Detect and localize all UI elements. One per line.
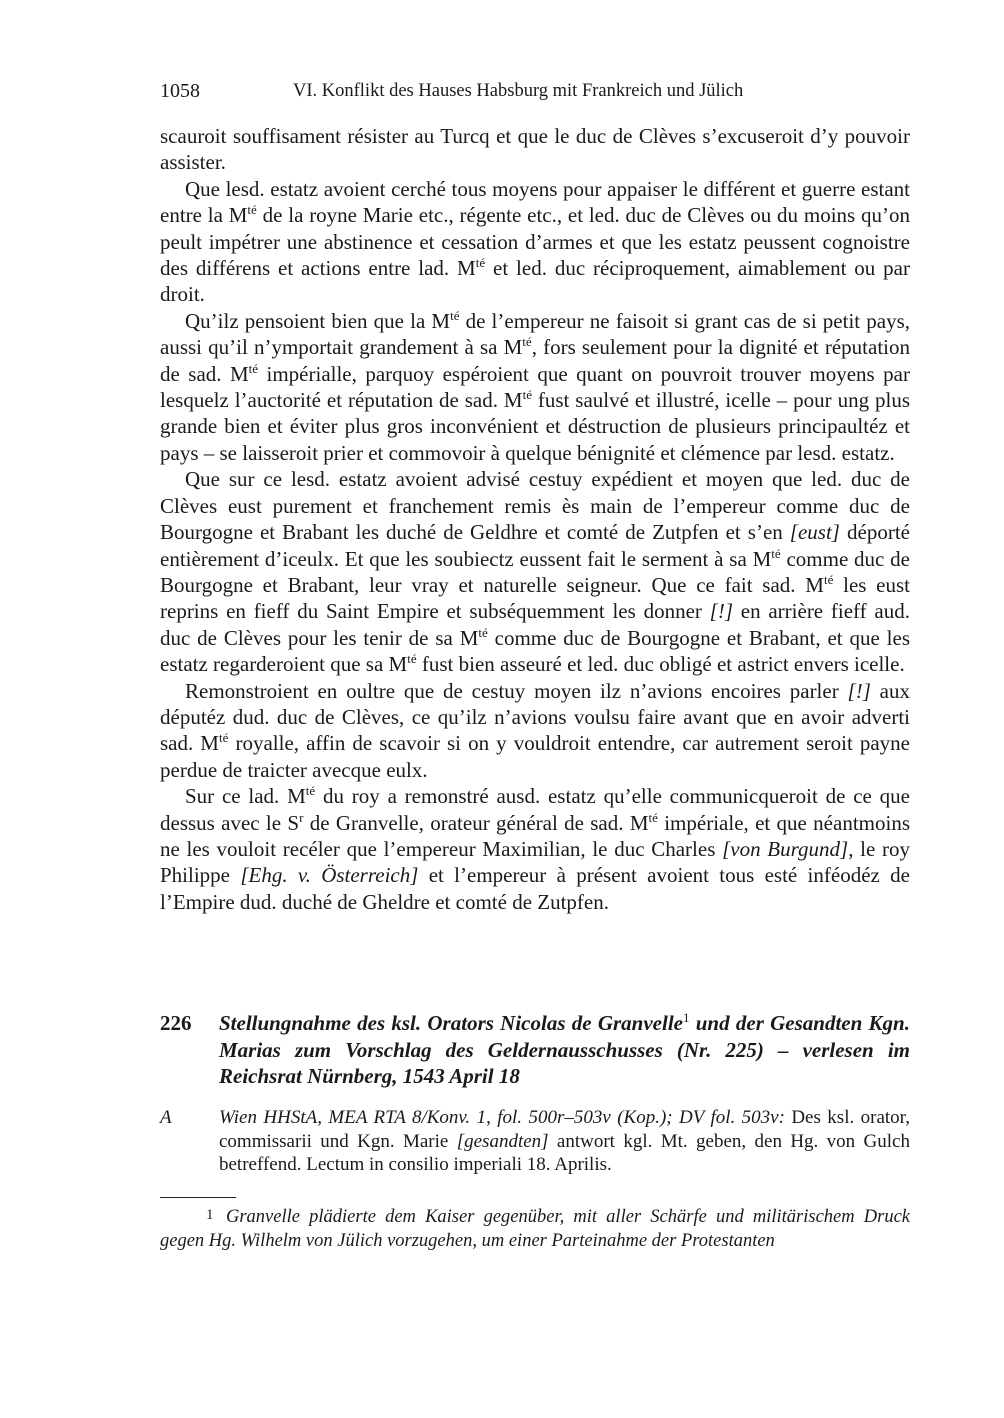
superscript: té	[478, 625, 487, 640]
superscript: té	[824, 572, 833, 587]
footnote-text: Granvelle plädierte dem Kaiser gegenüber…	[160, 1207, 910, 1251]
source-note: A Wien HHStA, MEA RTA 8/Konv. 1, fol. 50…	[160, 1106, 910, 1177]
superscript: té	[219, 730, 228, 745]
editorial-insertion: [!]	[848, 679, 871, 703]
source-description: Wien HHStA, MEA RTA 8/Konv. 1, fol. 500r…	[219, 1106, 910, 1177]
editorial-insertion: [!]	[710, 599, 733, 623]
paragraph: Remonstroient en oultre que de cestuy mo…	[160, 678, 910, 784]
superscript: té	[306, 783, 315, 798]
footnote-number: 1	[160, 1203, 226, 1227]
editorial-insertion: [Ehg. v. Österreich]	[240, 863, 418, 887]
paragraph: Sur ce lad. Mté du roy a remonstré ausd.…	[160, 783, 910, 915]
running-head-title: VI. Konflikt des Hauses Habsburg mit Fra…	[293, 78, 743, 104]
document-number: 226	[160, 1010, 192, 1037]
editorial-insertion: [von Burgund]	[722, 837, 848, 861]
page-number: 1058	[160, 78, 200, 104]
superscript: té	[407, 651, 416, 666]
source-siglum: A	[160, 1106, 172, 1130]
superscript: té	[649, 810, 658, 825]
superscript: té	[247, 202, 256, 217]
document-title: Stellungnahme des ksl. Orators Nicolas d…	[219, 1010, 910, 1090]
paragraph: Que lesd. estatz avoient cerché tous moy…	[160, 176, 910, 308]
paragraph: Que sur ce lesd. estatz avoient advisé c…	[160, 466, 910, 677]
footnote: 1Granvelle plädierte dem Kaiser gegenübe…	[160, 1203, 910, 1253]
superscript: té	[522, 334, 531, 349]
main-text: scauroit souffisament résister au Turcq …	[160, 123, 910, 915]
superscript: té	[476, 255, 485, 270]
editorial-insertion: [eust]	[790, 520, 840, 544]
superscript: té	[523, 387, 532, 402]
document-heading: 226 Stellungnahme des ksl. Orators Nicol…	[160, 1010, 910, 1090]
superscript: té	[771, 545, 780, 560]
paragraph: Qu’ilz pensoient bien que la Mté de l’em…	[160, 308, 910, 466]
superscript: té	[249, 361, 258, 376]
paragraph-continued: scauroit souffisament résister au Turcq …	[160, 123, 910, 176]
footnote-divider	[160, 1197, 236, 1198]
